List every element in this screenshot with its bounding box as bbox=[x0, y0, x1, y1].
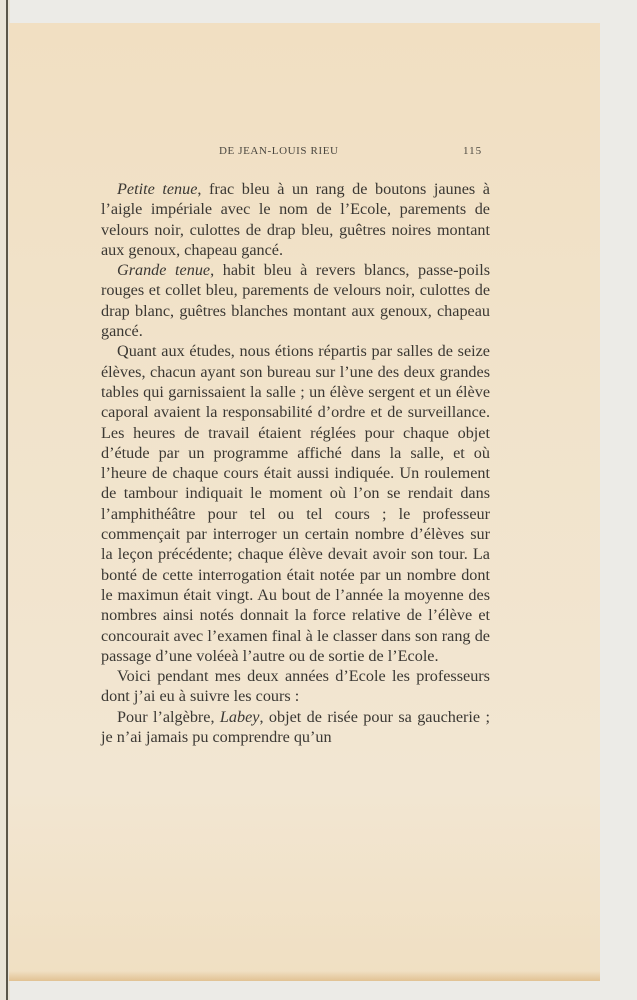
paragraph-etudes: Quant aux études, nous étions répartis p… bbox=[101, 341, 490, 666]
running-head-title: DE JEAN-LOUIS RIEU bbox=[219, 145, 339, 157]
italic-term: Grande tenue bbox=[117, 261, 210, 279]
paragraph-algebre: Pour l’algèbre, Labey, objet de risée po… bbox=[101, 707, 490, 748]
italic-name: Labey bbox=[220, 708, 260, 726]
page-edge-stain bbox=[9, 971, 600, 981]
page-number: 115 bbox=[463, 145, 482, 157]
body-text: Petite tenue, frac bleu à un rang de bou… bbox=[101, 179, 490, 747]
paragraph-professeurs: Voici pendant mes deux années d’Ecole le… bbox=[101, 666, 490, 707]
paragraph-grande-tenue: Grande tenue, habit bleu à revers blancs… bbox=[101, 260, 490, 341]
book-gutter-line bbox=[6, 0, 8, 1000]
italic-term: Petite tenue bbox=[117, 180, 197, 198]
paragraph-petite-tenue: Petite tenue, frac bleu à un rang de bou… bbox=[101, 179, 490, 260]
